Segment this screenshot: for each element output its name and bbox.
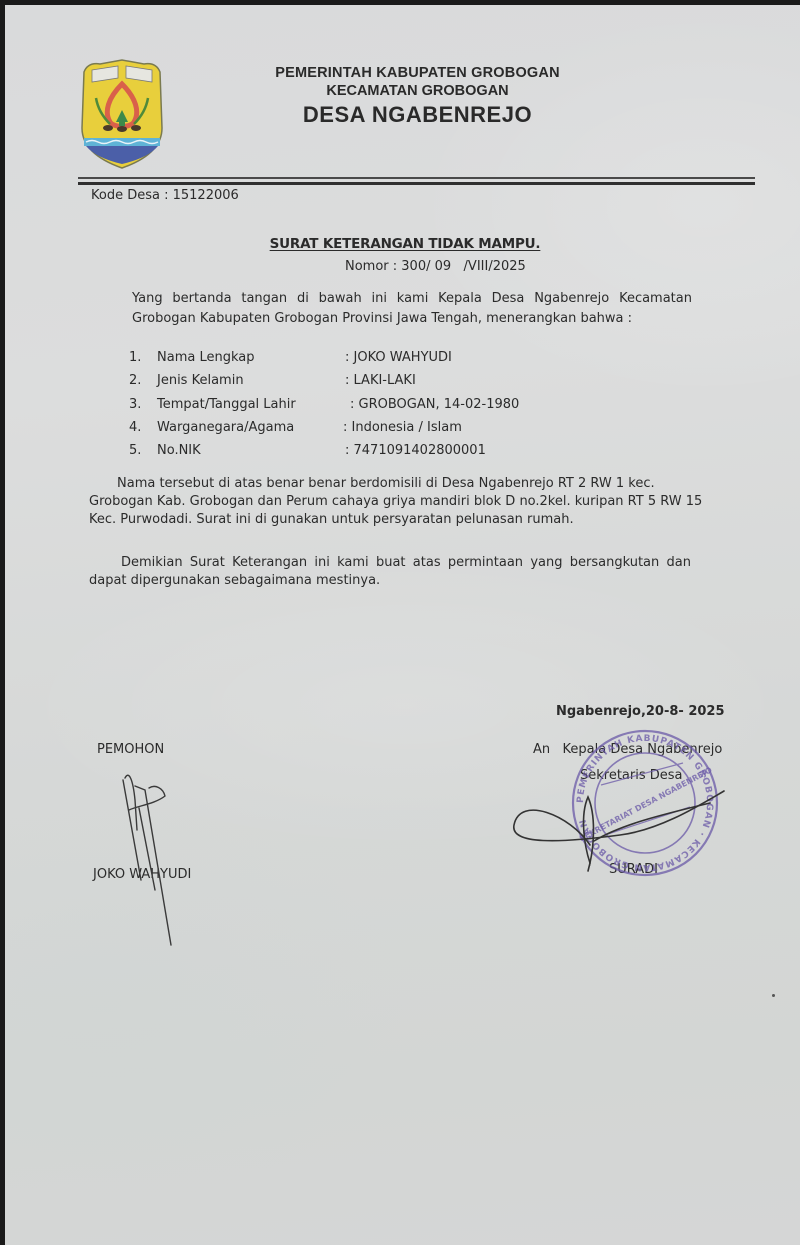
field-value: : GROBOGAN, 14-02-1980 (350, 397, 519, 412)
letterhead-village: DESA NGABENREJO (245, 102, 590, 128)
place-date: Ngabenrejo,20-8- 2025 (556, 704, 725, 719)
field-value: : LAKI-LAKI (345, 373, 416, 388)
applicant-signature-icon (115, 770, 195, 960)
field-number: 1. (129, 350, 154, 365)
applicant-label: PEMOHON (97, 742, 164, 757)
field-label: Nama Lengkap (157, 350, 254, 365)
field-label: Jenis Kelamin (157, 373, 244, 388)
official-title: Sekretaris Desa (580, 768, 683, 783)
on-behalf-of: An Kepala Desa Ngabenrejo (533, 742, 722, 757)
field-label: Tempat/Tanggal Lahir (157, 397, 296, 412)
domicile-line-2: Grobogan Kab. Grobogan dan Perum cahaya … (89, 493, 709, 511)
field-label: Warganegara/Agama (157, 420, 294, 435)
field-number: 2. (129, 373, 154, 388)
field-number: 3. (129, 397, 154, 412)
official-name: SURADI (609, 862, 658, 877)
village-code: Kode Desa : 15122006 (91, 188, 239, 203)
letterhead-district: KECAMATAN GROBOGAN (245, 83, 590, 99)
letter-number: Nomor : 300/ 09 /VIII/2025 (345, 259, 526, 274)
field-value: : JOKO WAHYUDI (345, 350, 452, 365)
domicile-line-1: Nama tersebut di atas benar benar berdom… (117, 476, 655, 491)
regency-coat-of-arms-icon (78, 58, 166, 170)
document-page: PEMERINTAH KABUPATEN GROBOGAN KECAMATAN … (5, 5, 800, 1245)
header-divider-thin (78, 177, 755, 179)
field-number: 4. (129, 420, 154, 435)
domicile-line-3: Kec. Purwodadi. Surat ini di gunakan unt… (89, 511, 709, 529)
closing-text: Demikian Surat Keterangan ini kami buat … (89, 555, 691, 588)
applicant-name: JOKO WAHYUDI (93, 867, 191, 882)
closing-paragraph: Demikian Surat Keterangan ini kami buat … (89, 554, 691, 590)
letterhead-government: PEMERINTAH KABUPATEN GROBOGAN (245, 65, 590, 81)
field-value: : Indonesia / Islam (343, 420, 462, 435)
paper-speck (772, 994, 775, 997)
header-divider-thick (78, 182, 755, 185)
field-value: : 7471091402800001 (345, 443, 486, 458)
domicile-paragraph: Nama tersebut di atas benar benar berdom… (89, 475, 709, 529)
field-label: No.NIK (157, 443, 201, 458)
letter-title: SURAT KETERANGAN TIDAK MAMPU. (185, 236, 625, 252)
field-number: 5. (129, 443, 154, 458)
opening-paragraph: Yang bertanda tangan di bawah ini kami K… (132, 289, 692, 329)
official-signature-icon (510, 775, 730, 875)
